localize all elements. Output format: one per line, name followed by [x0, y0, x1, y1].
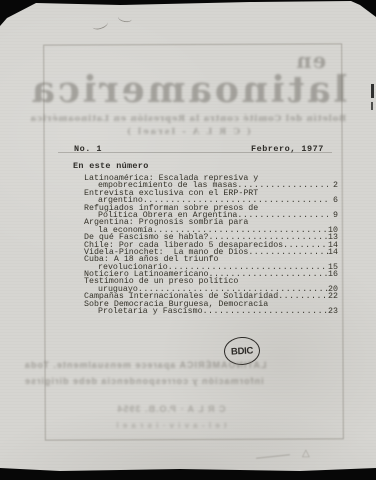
- masthead-subtitle2: ( C R L A - Israel ): [18, 127, 358, 137]
- footer-line2: información y correspondencia debe dirig…: [24, 376, 318, 386]
- toc-dot-leader: ........................................…: [278, 293, 328, 300]
- scan-edge-mark: [371, 102, 373, 110]
- issue-number: No. 1: [74, 144, 102, 154]
- toc-dot-leader: ........................................…: [203, 308, 328, 315]
- triangle-pencil-mark: △: [302, 448, 310, 459]
- toc-row: Proletaria y Fascismo...................…: [84, 308, 338, 315]
- toc-page-number: 9: [328, 212, 338, 219]
- masthead-showthrough: en latinoamerica Boletín del Comité cont…: [18, 48, 358, 137]
- masthead-subtitle: Boletín del Comité contra la Represión e…: [18, 114, 358, 124]
- scan-edge-mark: [371, 84, 374, 98]
- toc-dot-leader: ........................................…: [283, 242, 328, 249]
- stamp-label: BDIC: [231, 345, 254, 357]
- scanned-page: en latinoamerica Boletín del Comité cont…: [0, 0, 376, 480]
- pencil-marks: [92, 12, 138, 30]
- issue-date: Febrero, 1977: [251, 144, 324, 154]
- footer-line3: C R L A · P.O.B. 3954: [24, 404, 318, 414]
- toc-dot-leader: ........................................…: [248, 249, 328, 256]
- footer-showthrough: LATINOAMÉRICA aparece mensualmente. Toda…: [24, 360, 318, 430]
- footer-line4: t e l - a v i v · i s r a e l: [24, 421, 318, 430]
- toc-page-number: 16: [328, 271, 338, 278]
- page-title-showthrough: latinoamerica: [18, 69, 358, 111]
- toc-entry-label: Proletaria y Fascismo: [84, 308, 203, 315]
- toc-page-number: 23: [328, 308, 338, 315]
- pencil-notation: △: [256, 448, 326, 468]
- toc-page-number: 14: [328, 249, 338, 256]
- toc-page-number: 6: [328, 197, 338, 204]
- toc-page-number: 2: [328, 182, 338, 189]
- toc-dot-leader: ........................................…: [237, 212, 328, 219]
- toc-page-number: 22: [328, 293, 338, 300]
- toc-list: Latinoamérica: Escalada represiva yempob…: [84, 175, 338, 315]
- toc-heading: En este número: [73, 161, 149, 171]
- footer-line1: LATINOAMÉRICA aparece mensualmente. Toda: [24, 360, 318, 370]
